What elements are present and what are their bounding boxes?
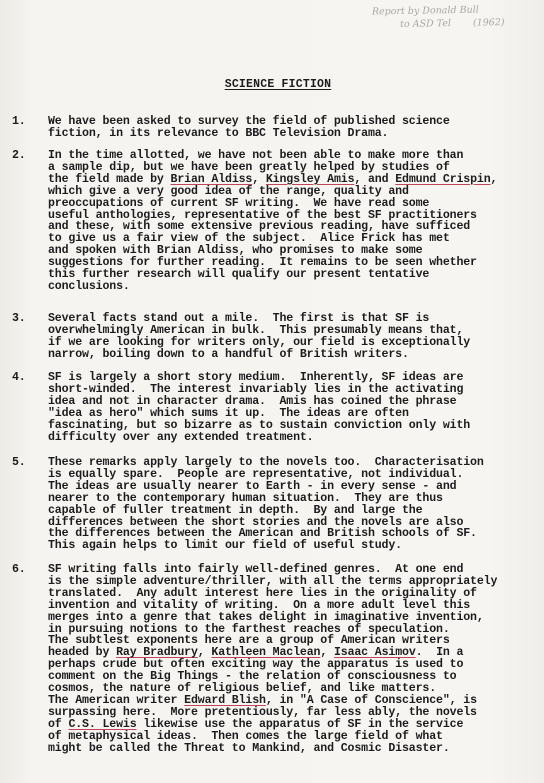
text-line: of C.S. Lewis likewise use the apparatus… [48, 719, 528, 731]
underlined-name: Brian Aldiss [171, 173, 253, 186]
paragraph-number: 3. [12, 313, 26, 325]
underlined-name: Edmund Crispin [395, 173, 490, 186]
text-line: fascinating, but so bizarre as to sustai… [48, 420, 528, 432]
text-line: fiction, in its relevance to BBC Televis… [48, 128, 528, 140]
text-line: conclusions. [48, 281, 528, 293]
text-line: preoccupations of current SF writing. We… [48, 198, 528, 210]
text-line: invention and vitality of writing. On a … [48, 600, 528, 612]
underlined-name: C.S. Lewis [68, 718, 136, 731]
paragraph-body: Several facts stand out a mile. The firs… [48, 313, 528, 361]
text-line: nearer to the contemporary human situati… [48, 493, 528, 505]
paragraph-body: These remarks apply largely to the novel… [48, 457, 528, 552]
text-line: difficulty over any extended treatment. [48, 432, 528, 444]
text-line: which give a very good idea of the range… [48, 186, 528, 198]
text-line: The ideas are usually nearer to Earth - … [48, 481, 528, 493]
paragraph-number: 6. [12, 564, 26, 576]
paragraph-number: 2. [12, 150, 26, 162]
text-line: narrow, boiling down to a handful of Bri… [48, 349, 528, 361]
handwritten-annotation: Report by Donald Bull to ASD Tel(1962) [370, 3, 540, 32]
paragraph-body: SF writing falls into fairly well-define… [48, 564, 528, 755]
text-line: "idea as hero" which sums it up. The ide… [48, 408, 528, 420]
text-line: of metaphysical ideas. Then comes the la… [48, 731, 528, 743]
annotation-year: (1962) [473, 17, 505, 29]
paragraph-body: SF is largely a short story medium. Inhe… [48, 372, 528, 443]
paragraph-number: 5. [12, 457, 26, 469]
text-line: idea and not in character drama. Amis ha… [48, 396, 528, 408]
text-line: might be called the Threat to Mankind, a… [48, 743, 528, 755]
text-line: if we are looking for writers only, our … [48, 337, 528, 349]
paragraph-number: 4. [12, 372, 26, 384]
text-line: This again helps to limit our field of u… [48, 540, 528, 552]
text-line: translated. Any adult interest here lies… [48, 588, 528, 600]
paragraph-body: We have been asked to survey the field o… [48, 116, 528, 140]
paragraph-body: In the time allotted, we have not been a… [48, 150, 528, 293]
text-line: merges into a genre that takes delight i… [48, 612, 528, 624]
text-line: capable of fuller treatment in depth. By… [48, 505, 528, 517]
underlined-name: Kingsley Amis [266, 173, 355, 186]
text-line: the field made by Brian Aldiss, Kingsley… [48, 174, 528, 186]
paragraph-number: 1. [12, 116, 26, 128]
document-page: Report by Donald Bull to ASD Tel(1962) S… [0, 0, 544, 783]
document-title: SCIENCE FICTION [0, 78, 544, 91]
